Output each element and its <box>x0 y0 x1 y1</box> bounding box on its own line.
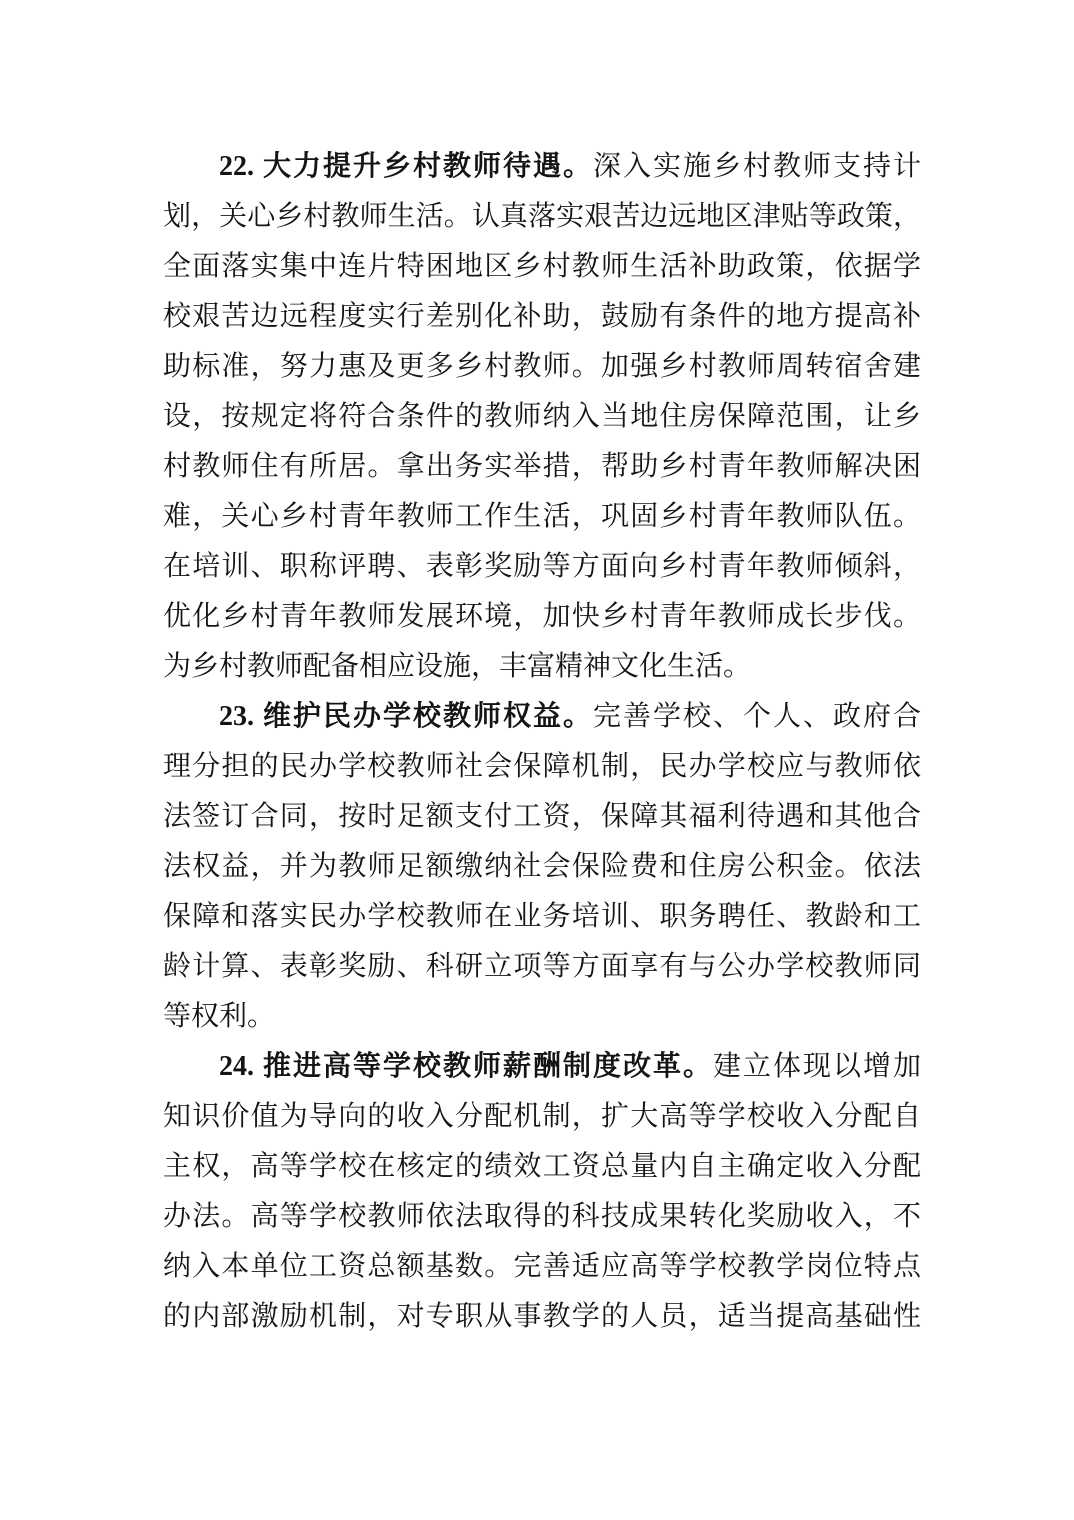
paragraph-body-run: 在培训、职称评聘、表彰奖励等方面向乡村青年教师倾斜， <box>163 551 921 582</box>
document-body: 22. 大力提升乡村教师待遇。深入实施乡村教师支持计划，关心乡村教师生活。认真落… <box>163 142 921 1342</box>
paragraph-body-run: 设，按规定将符合条件的教师纳入当地住房保障范围，让乡 <box>163 401 921 432</box>
paragraph-body-run: 法权益，并为教师足额缴纳社会保险费和住房公积金。依法 <box>163 851 921 882</box>
text-line: 的内部激励机制，对专职从事教学的人员，适当提高基础性 <box>163 1292 921 1342</box>
text-line: 助标准，努力惠及更多乡村教师。加强乡村教师周转宿舍建 <box>163 342 921 392</box>
text-line: 全面落实集中连片特困地区乡村教师生活补助政策，依据学 <box>163 242 921 292</box>
text-line: 23. 维护民办学校教师权益。完善学校、个人、政府合 <box>163 692 921 742</box>
text-line: 优化乡村青年教师发展环境，加快乡村青年教师成长步伐。 <box>163 592 921 642</box>
paragraph-body-run: 理分担的民办学校教师社会保障机制，民办学校应与教师依 <box>163 751 921 782</box>
paragraph-heading-run: 24. 推进高等学校教师薪酬制度改革。 <box>219 1051 713 1082</box>
paragraph-body-run: 优化乡村青年教师发展环境，加快乡村青年教师成长步伐。 <box>163 601 921 632</box>
paragraph-body-run: 的内部激励机制，对专职从事教学的人员，适当提高基础性 <box>163 1301 921 1332</box>
paragraph-body-run: 全面落实集中连片特困地区乡村教师生活补助政策，依据学 <box>163 251 921 282</box>
text-line: 设，按规定将符合条件的教师纳入当地住房保障范围，让乡 <box>163 392 921 442</box>
paragraph-body-run: 助标准，努力惠及更多乡村教师。加强乡村教师周转宿舍建 <box>163 351 921 382</box>
text-line: 纳入本单位工资总额基数。完善适应高等学校教学岗位特点 <box>163 1242 921 1292</box>
text-line: 22. 大力提升乡村教师待遇。深入实施乡村教师支持计 <box>163 142 921 192</box>
paragraph-body-run: 完善学校、个人、政府合 <box>593 701 921 732</box>
text-line: 龄计算、表彰奖励、科研立项等方面享有与公办学校教师同 <box>163 942 921 992</box>
paragraph-heading-run: 23. 维护民办学校教师权益。 <box>219 701 593 732</box>
text-line: 难，关心乡村青年教师工作生活，巩固乡村青年教师队伍。 <box>163 492 921 542</box>
text-line: 在培训、职称评聘、表彰奖励等方面向乡村青年教师倾斜， <box>163 542 921 592</box>
text-line: 知识价值为导向的收入分配机制，扩大高等学校收入分配自 <box>163 1092 921 1142</box>
text-line: 办法。高等学校教师依法取得的科技成果转化奖励收入，不 <box>163 1192 921 1242</box>
paragraph-body-run: 法签订合同，按时足额支付工资，保障其福利待遇和其他合 <box>163 801 921 832</box>
paragraph-body-run: 主权，高等学校在核定的绩效工资总量内自主确定收入分配 <box>163 1151 921 1182</box>
text-line: 24. 推进高等学校教师薪酬制度改革。建立体现以增加 <box>163 1042 921 1092</box>
paragraph-body-run: 校艰苦边远程度实行差别化补助，鼓励有条件的地方提高补 <box>163 301 921 332</box>
text-line: 法权益，并为教师足额缴纳社会保险费和住房公积金。依法 <box>163 842 921 892</box>
text-line: 主权，高等学校在核定的绩效工资总量内自主确定收入分配 <box>163 1142 921 1192</box>
text-line: 校艰苦边远程度实行差别化补助，鼓励有条件的地方提高补 <box>163 292 921 342</box>
paragraph-heading-run: 22. 大力提升乡村教师待遇。 <box>219 151 593 182</box>
paragraph-body-run: 难，关心乡村青年教师工作生活，巩固乡村青年教师队伍。 <box>163 501 921 532</box>
paragraph-body-run: 保障和落实民办学校教师在业务培训、职务聘任、教龄和工 <box>163 901 921 932</box>
text-line: 为乡村教师配备相应设施，丰富精神文化生活。 <box>163 642 921 692</box>
paragraph-body-run: 划，关心乡村教师生活。认真落实艰苦边远地区津贴等政策， <box>163 201 921 232</box>
paragraph-body-run: 建立体现以增加 <box>713 1051 921 1082</box>
paragraph-body-run: 等权利。 <box>163 1001 275 1032</box>
text-line: 村教师住有所居。拿出务实举措，帮助乡村青年教师解决困 <box>163 442 921 492</box>
paragraph-body-run: 龄计算、表彰奖励、科研立项等方面享有与公办学校教师同 <box>163 951 921 982</box>
paragraph-body-run: 纳入本单位工资总额基数。完善适应高等学校教学岗位特点 <box>163 1251 921 1282</box>
text-line: 等权利。 <box>163 992 921 1042</box>
paragraph-body-run: 深入实施乡村教师支持计 <box>593 151 921 182</box>
text-line: 理分担的民办学校教师社会保障机制，民办学校应与教师依 <box>163 742 921 792</box>
paragraph-body-run: 办法。高等学校教师依法取得的科技成果转化奖励收入，不 <box>163 1201 921 1232</box>
document-page: 22. 大力提升乡村教师待遇。深入实施乡村教师支持计划，关心乡村教师生活。认真落… <box>0 0 1074 1520</box>
paragraph-body-run: 为乡村教师配备相应设施，丰富精神文化生活。 <box>163 651 751 682</box>
paragraph-body-run: 村教师住有所居。拿出务实举措，帮助乡村青年教师解决困 <box>163 451 921 482</box>
text-line: 划，关心乡村教师生活。认真落实艰苦边远地区津贴等政策， <box>163 192 921 242</box>
text-line: 保障和落实民办学校教师在业务培训、职务聘任、教龄和工 <box>163 892 921 942</box>
text-line: 法签订合同，按时足额支付工资，保障其福利待遇和其他合 <box>163 792 921 842</box>
paragraph-body-run: 知识价值为导向的收入分配机制，扩大高等学校收入分配自 <box>163 1101 921 1132</box>
